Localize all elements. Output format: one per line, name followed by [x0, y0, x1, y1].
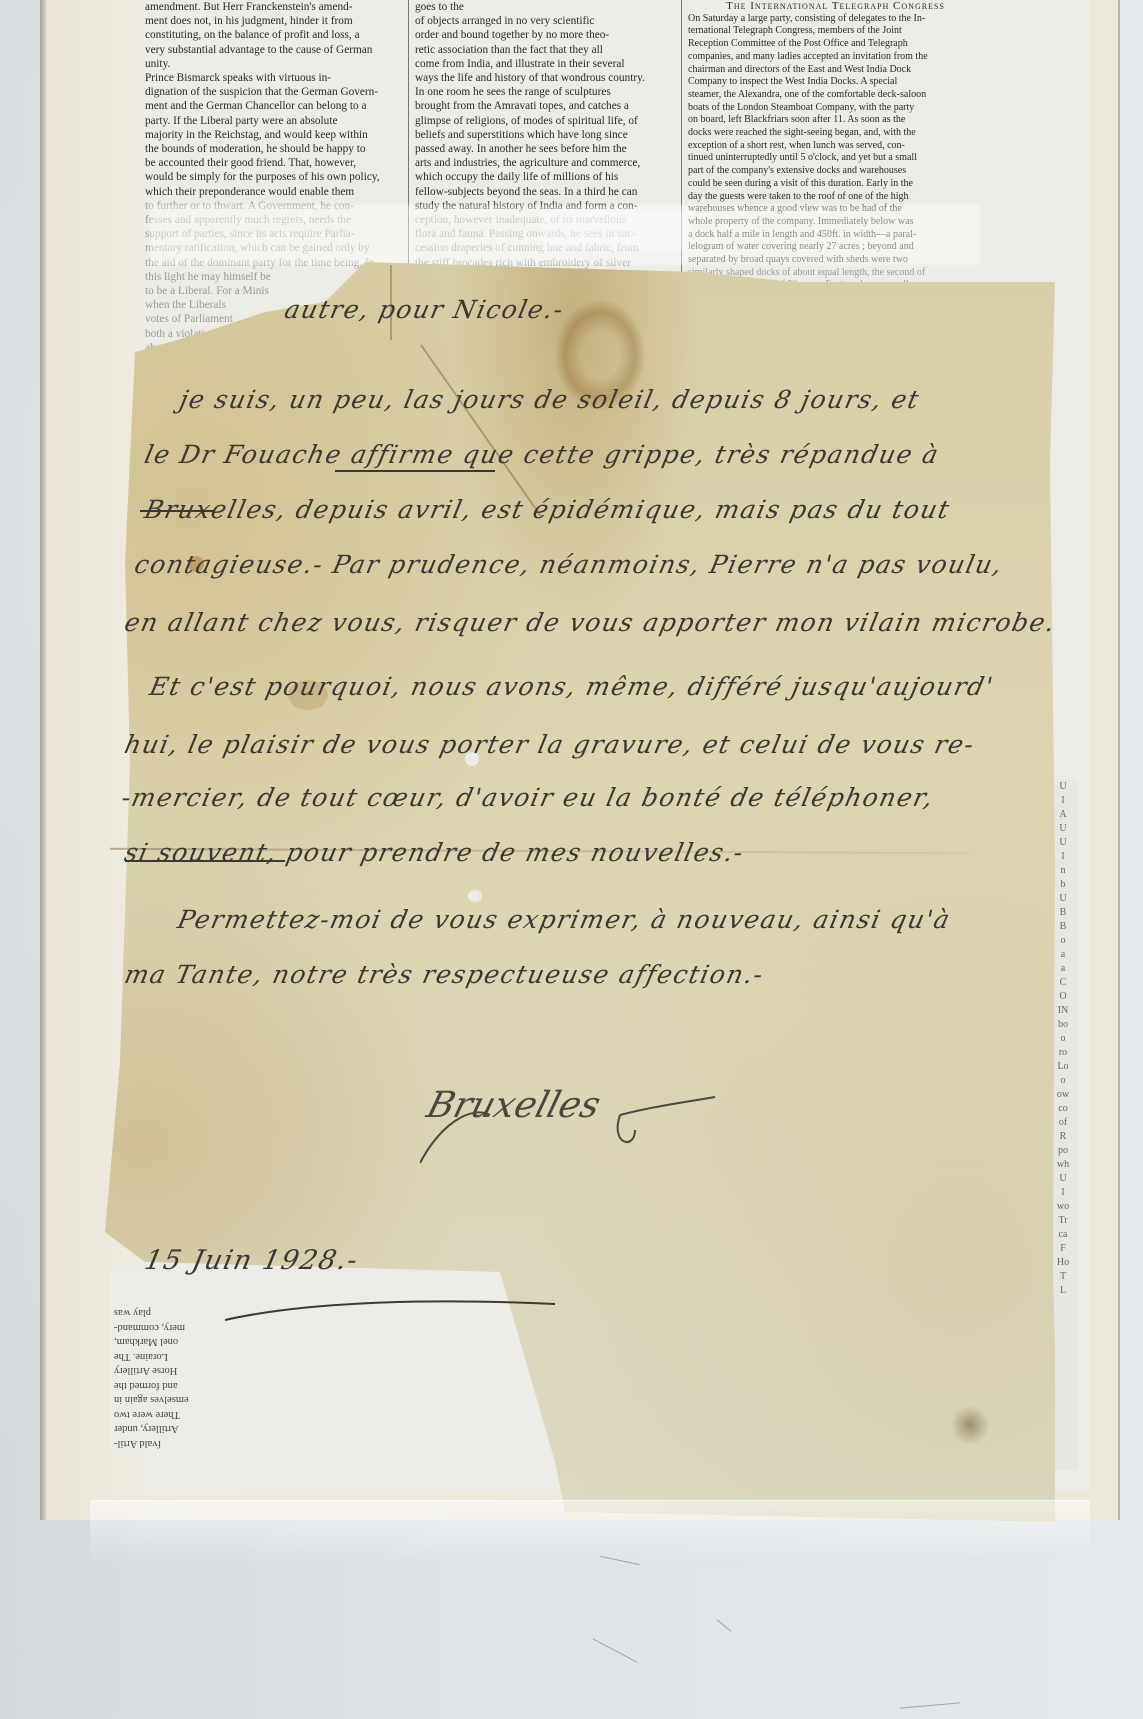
newspaper-line: ways the life and history of that wondro… [415, 71, 677, 85]
newspaper-line: unity. [145, 57, 407, 71]
newspaper-line: On Saturday a large party, consisting of… [688, 13, 983, 26]
letter-line: Permettez-moi de vous exprimer, à nouvea… [175, 905, 954, 934]
newspaper-fragment: Horse Artillery [114, 1363, 229, 1378]
newspaper-line: part of the company's extensive docks an… [688, 165, 983, 178]
newspaper-line: docks were reached the sight-seeing bega… [688, 127, 983, 140]
letter-date: 15 Juin 1928.- [142, 1245, 362, 1276]
signature-flourish [420, 1085, 720, 1165]
newspaper-line: companies, and many ladies accepted an i… [688, 51, 983, 64]
newspaper-line: majority in the Reichstag, and would kee… [145, 128, 407, 142]
letter-line: autre, pour Nicole.- [282, 295, 567, 324]
letter-line: si souvent, pour prendre de mes nouvelle… [122, 838, 747, 867]
newspaper-line: beliefs and superstitions which have lon… [415, 128, 677, 142]
letter-line: le Dr Fouache affirme que cette grippe, … [142, 440, 942, 469]
newspaper-line: party. If the Liberal party were an abso… [145, 114, 407, 128]
newspaper-line: Company to inspect the West India Docks.… [688, 76, 983, 89]
newspaper-line: goes to the [415, 0, 677, 14]
newspaper-line: which their preponderance would enable t… [145, 185, 407, 199]
underline [140, 510, 215, 512]
newspaper-line: could be seen during a visit of this dur… [688, 178, 983, 191]
mount-board-edge [40, 0, 46, 1520]
newspaper-line: order and bound together by no more theo… [415, 28, 677, 42]
paper-hole [468, 890, 482, 902]
newspaper-fragment: Artillery, under [114, 1421, 229, 1436]
underline [335, 470, 495, 472]
newspaper-line: steamer, the Alexandra, one of the comfo… [688, 89, 983, 102]
newspaper-line: ment and the German Chancellor can belon… [145, 99, 407, 113]
letter-line: Et c'est pourquoi, nous avons, même, dif… [147, 672, 997, 701]
date-underline-flourish [225, 1290, 555, 1330]
newspaper-fragment: fvald Artil- [114, 1436, 229, 1451]
sleeve-edge [90, 1500, 1090, 1561]
newspaper-line: very substantial advantage to the cause … [145, 43, 407, 57]
newspaper-line: amendment. But Herr Franckenstein's amen… [145, 0, 407, 14]
newspaper-line: tinued uninterruptedly until 5 o'clock, … [688, 152, 983, 165]
newspaper-line: arts and industries, the agriculture and… [415, 156, 677, 170]
letter-line: ma Tante, notre très respectueuse affect… [122, 960, 767, 989]
newspaper-line: ternational Telegraph Congress, members … [688, 25, 983, 38]
newspaper-fragment: and formed the [114, 1378, 229, 1393]
newspaper-line: dignation of the suspicion that the Germ… [145, 85, 407, 99]
newspaper-line: the bounds of moderation, he should be h… [145, 142, 407, 156]
letter-line: contagieuse.- Par prudence, néanmoins, P… [132, 550, 1006, 579]
newspaper-line: retic association than the fact that the… [415, 43, 677, 57]
newspaper-fragment: Loraine. The [114, 1349, 229, 1364]
newspaper-line: In one room he sees the range of sculptu… [415, 85, 677, 99]
newspaper-line: come from India, and illustrate in their… [415, 57, 677, 71]
newspaper-line: Prince Bismarck speaks with virtuous in- [145, 71, 407, 85]
newspaper-line: glimpse of religions, of modes of spirit… [415, 114, 677, 128]
newspaper-line: chairman and directors of the East and W… [688, 64, 983, 77]
newspaper-line: brought from the Amravati topes, and cat… [415, 99, 677, 113]
newspaper-line: fellow-subjects beyond the seas. In a th… [415, 185, 677, 199]
stain-spot [950, 1405, 990, 1445]
newspaper-line: would be simply for the purposes of his … [145, 170, 407, 184]
newspaper-line: on board, left Blackfriars soon after 11… [688, 114, 983, 127]
newspaper-inverted-strip: fvald Artil-Artillery, underThere were t… [110, 1270, 229, 1450]
column-heading: The International Telegraph Congress [688, 0, 983, 13]
newspaper-line: of objects arranged in no very scientifi… [415, 14, 677, 28]
newspaper-line: passed away. In another he sees before h… [415, 142, 677, 156]
newspaper-line: ment does not, in his judgment, hinder i… [145, 14, 407, 28]
newspaper-line: boats of the London Steamboat Company, w… [688, 102, 983, 115]
newspaper-line: day the guests were taken to the roof of… [688, 191, 983, 204]
letter-line: en allant chez vous, risquer de vous app… [122, 608, 1059, 637]
newspaper-fragment: play was [114, 1305, 229, 1320]
underline [125, 860, 285, 862]
newspaper-fragment: There were two [114, 1407, 229, 1422]
newspaper-line: Reception Committee of the Post Office a… [688, 38, 983, 51]
sleeve-glare [540, 210, 690, 250]
newspaper-line: be accounted their good friend. That, ho… [145, 156, 407, 170]
newspaper-line: constituting, on the balance of profit a… [145, 28, 407, 42]
letter-line: -mercier, de tout cœur, d'avoir eu la bo… [119, 783, 937, 812]
newspaper-fragment: mery, command- [114, 1320, 229, 1335]
newspaper-line: exception of a short rest, when lunch wa… [688, 140, 983, 153]
letter-line: je suis, un peu, las jours de soleil, de… [177, 385, 923, 414]
letter-line: Bruxelles, depuis avril, est épidémique,… [142, 495, 953, 524]
newspaper-fragment: onel Markham, [114, 1334, 229, 1349]
newspaper-fragment: emselves again in [114, 1392, 229, 1407]
newspaper-line: which occupy the daily life of millions … [415, 170, 677, 184]
letter-line: hui, le plaisir de vous porter la gravur… [122, 730, 978, 759]
